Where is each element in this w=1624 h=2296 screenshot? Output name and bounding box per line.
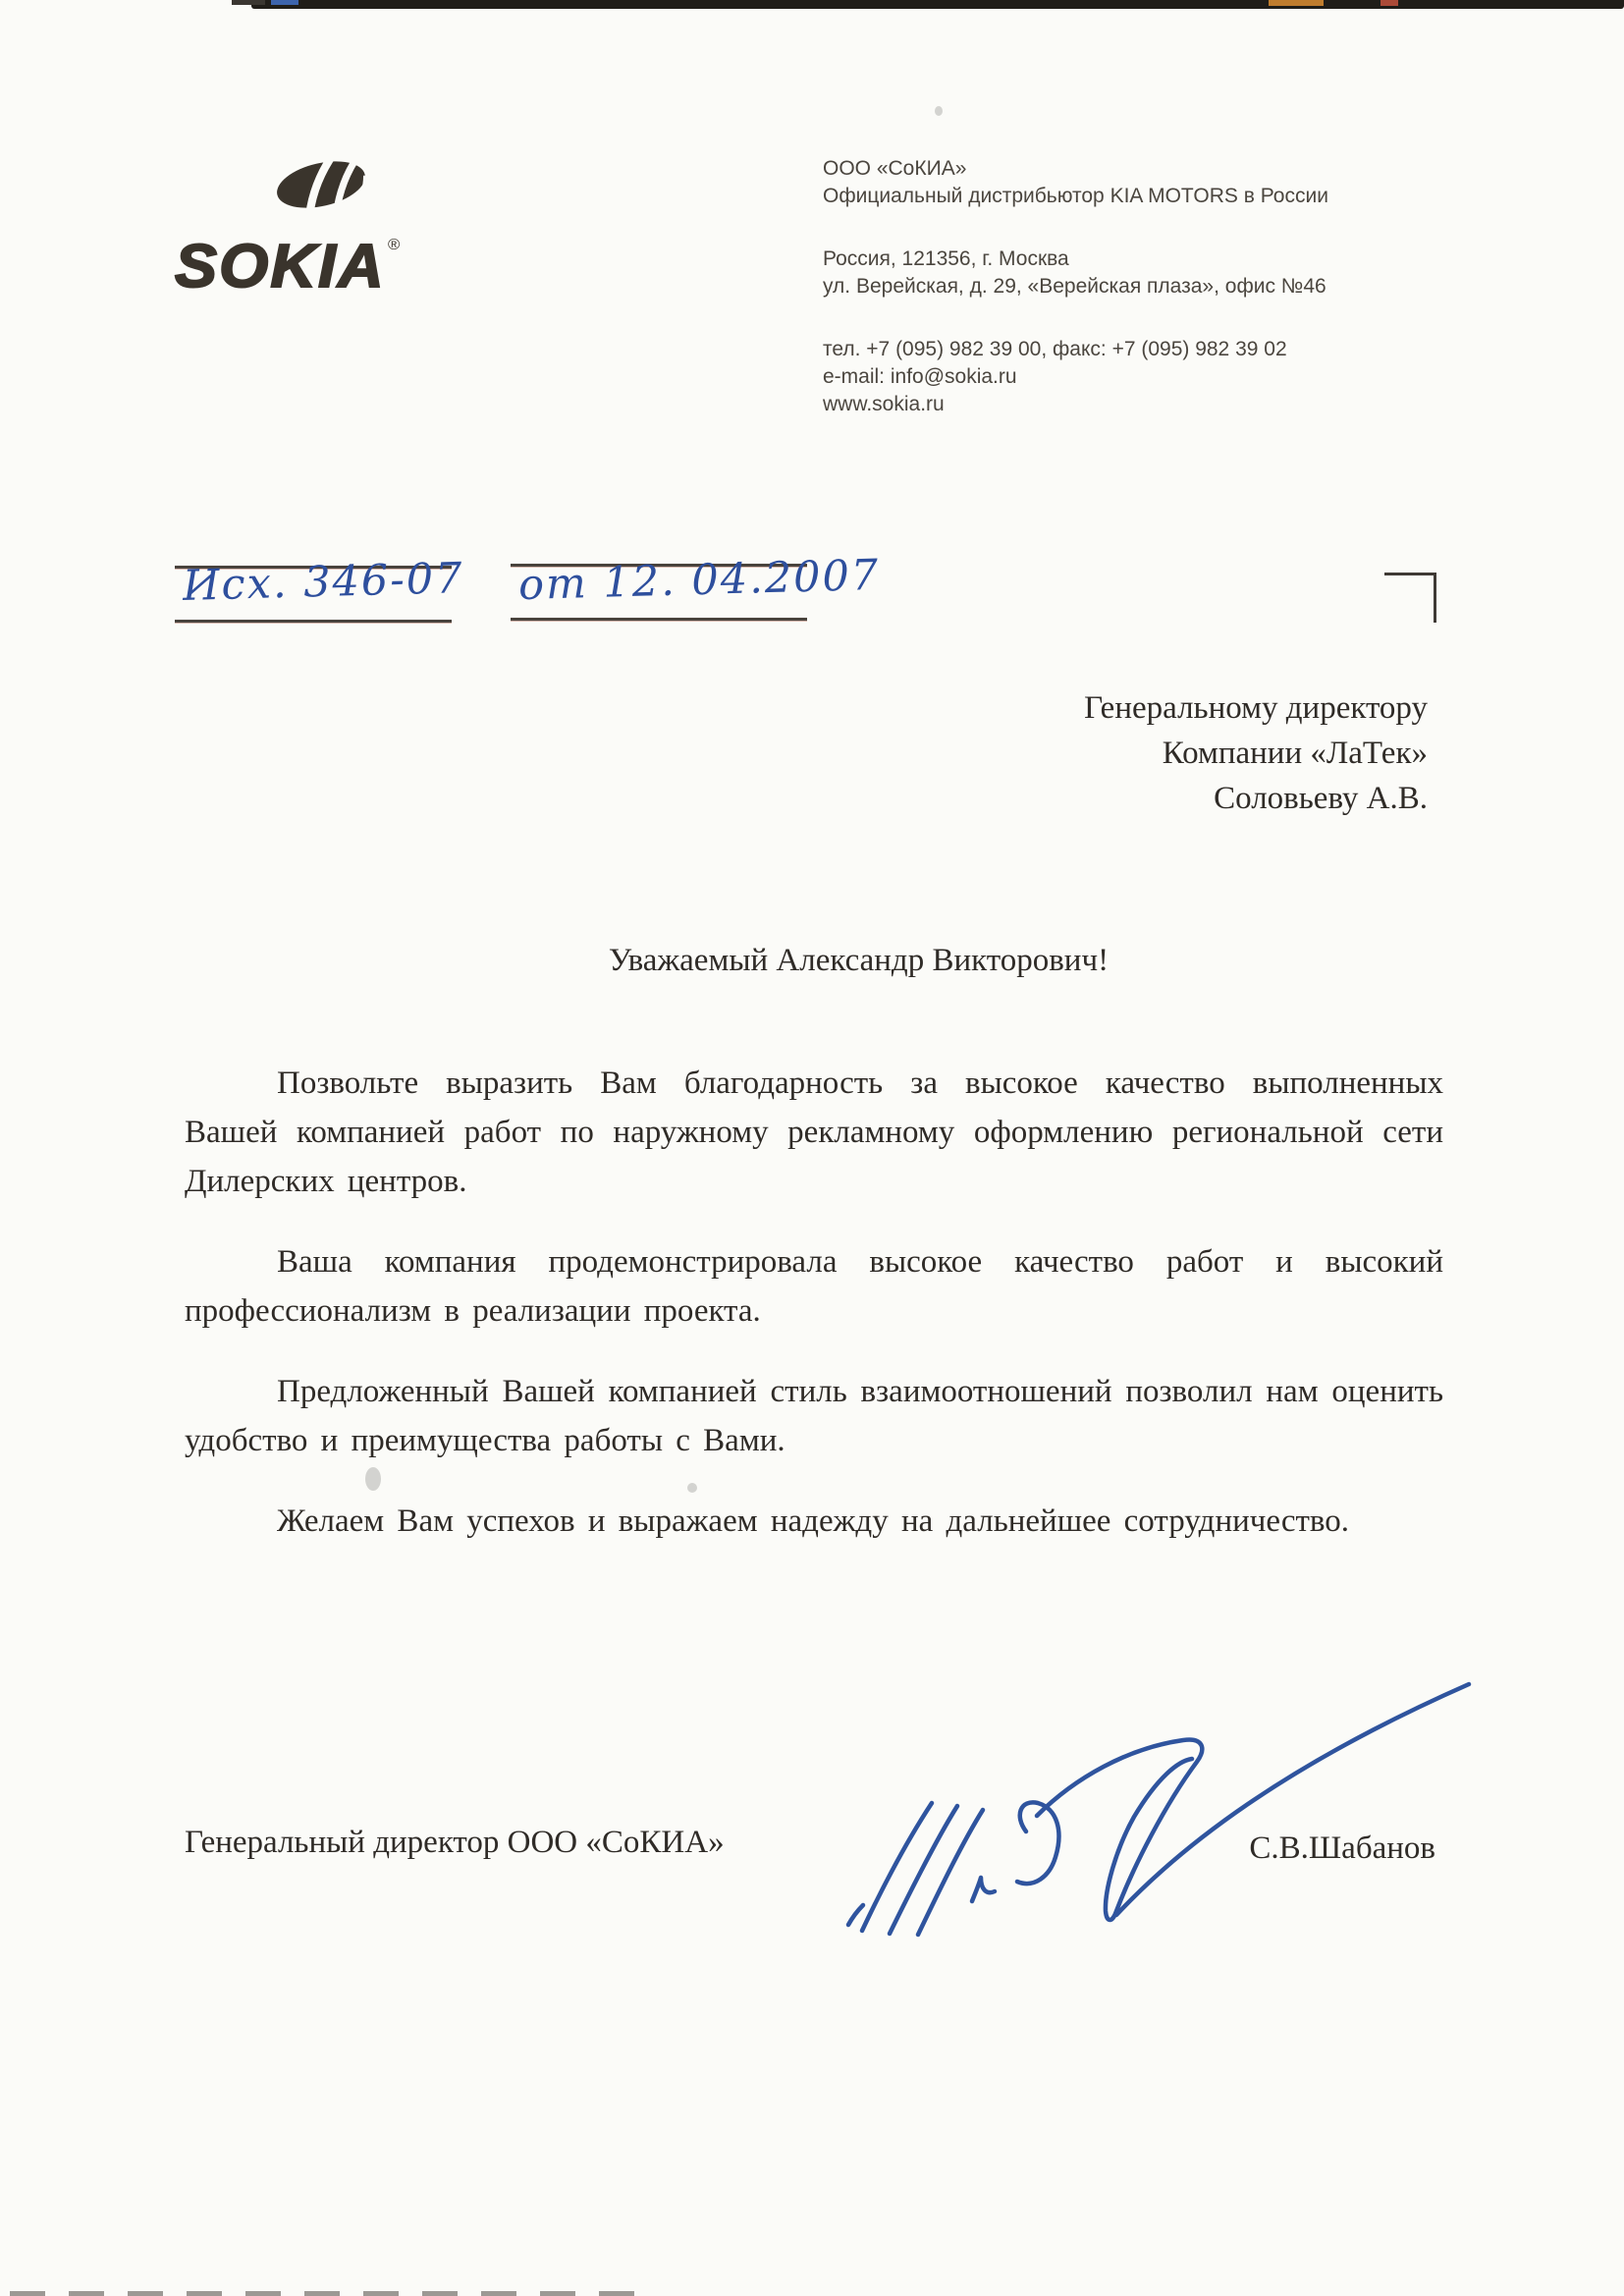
letter-body: Позвольте выразить Вам благодарность за … bbox=[185, 1059, 1443, 1577]
company-tagline: Официальный дистрибьютор KIA MOTORS в Ро… bbox=[823, 183, 1432, 210]
company-block: ООО «СоКИА» Официальный дистрибьютор KIA… bbox=[823, 155, 1432, 210]
company-name: ООО «СоКИА» bbox=[823, 155, 1432, 183]
scanner-edge-taper bbox=[232, 0, 265, 5]
logo-text: SOKIA bbox=[175, 233, 386, 301]
address-line-1: Россия, 121356, г. Москва bbox=[823, 246, 1432, 273]
address-line-2: ул. Верейская, д. 29, «Верейская плаза»,… bbox=[823, 273, 1432, 301]
paragraph-2: Ваша компания продемонстрировала высокое… bbox=[185, 1237, 1443, 1336]
letterhead-info: ООО «СоКИА» Официальный дистрибьютор KIA… bbox=[823, 155, 1432, 454]
email-line: e-mail: info@sokia.ru bbox=[823, 363, 1432, 391]
website-line: www.sokia.ru bbox=[823, 391, 1432, 418]
handwritten-reference-number: Исх. 346-07 bbox=[182, 554, 464, 611]
handwritten-date: от 12. 04.2007 bbox=[517, 551, 880, 610]
address-block: Россия, 121356, г. Москва ул. Верейская,… bbox=[823, 246, 1432, 301]
reference-number-field: Исх. 346-07 bbox=[175, 566, 452, 623]
recipient-title: Генеральному директору bbox=[1084, 685, 1428, 731]
contacts-block: тел. +7 (095) 982 39 00, факс: +7 (095) … bbox=[823, 336, 1432, 418]
recipient-block: Генеральному директору Компании «ЛаТек» … bbox=[1084, 685, 1428, 821]
scan-speck-red bbox=[1380, 0, 1398, 6]
phone-fax-line: тел. +7 (095) 982 39 00, факс: +7 (095) … bbox=[823, 336, 1432, 363]
paragraph-3: Предложенный Вашей компанией стиль взаим… bbox=[185, 1367, 1443, 1465]
corner-mark bbox=[1384, 573, 1436, 623]
scan-speck-blue bbox=[271, 0, 298, 5]
scanner-edge-top bbox=[251, 0, 1624, 9]
recipient-name: Соловьеву А.В. bbox=[1084, 776, 1428, 821]
reference-date-field: от 12. 04.2007 bbox=[511, 564, 807, 621]
rule-line bbox=[175, 620, 452, 623]
registered-trademark-symbol: ® bbox=[388, 237, 400, 253]
scanner-edge-bottom bbox=[10, 2291, 658, 2296]
rule-line bbox=[511, 618, 807, 621]
handwritten-signature-icon bbox=[833, 1667, 1481, 1954]
scanned-letter-page: SOKIA® ООО «СоКИА» Официальный дистрибью… bbox=[0, 0, 1624, 2296]
paragraph-1: Позвольте выразить Вам благодарность за … bbox=[185, 1059, 1443, 1206]
salutation: Уважаемый Александр Викторович! bbox=[0, 943, 1624, 979]
sokia-wordmark: SOKIA® bbox=[175, 232, 481, 301]
sokia-swoosh-emblem-icon bbox=[268, 155, 374, 214]
paragraph-4: Желаем Вам успехов и выражаем надежду на… bbox=[185, 1497, 1443, 1546]
scan-speck-orange bbox=[1269, 0, 1324, 6]
recipient-company: Компании «ЛаТек» bbox=[1084, 731, 1428, 776]
scan-smudge bbox=[935, 106, 943, 116]
signer-title: Генеральный директор ООО «СоКИА» bbox=[185, 1825, 725, 1861]
